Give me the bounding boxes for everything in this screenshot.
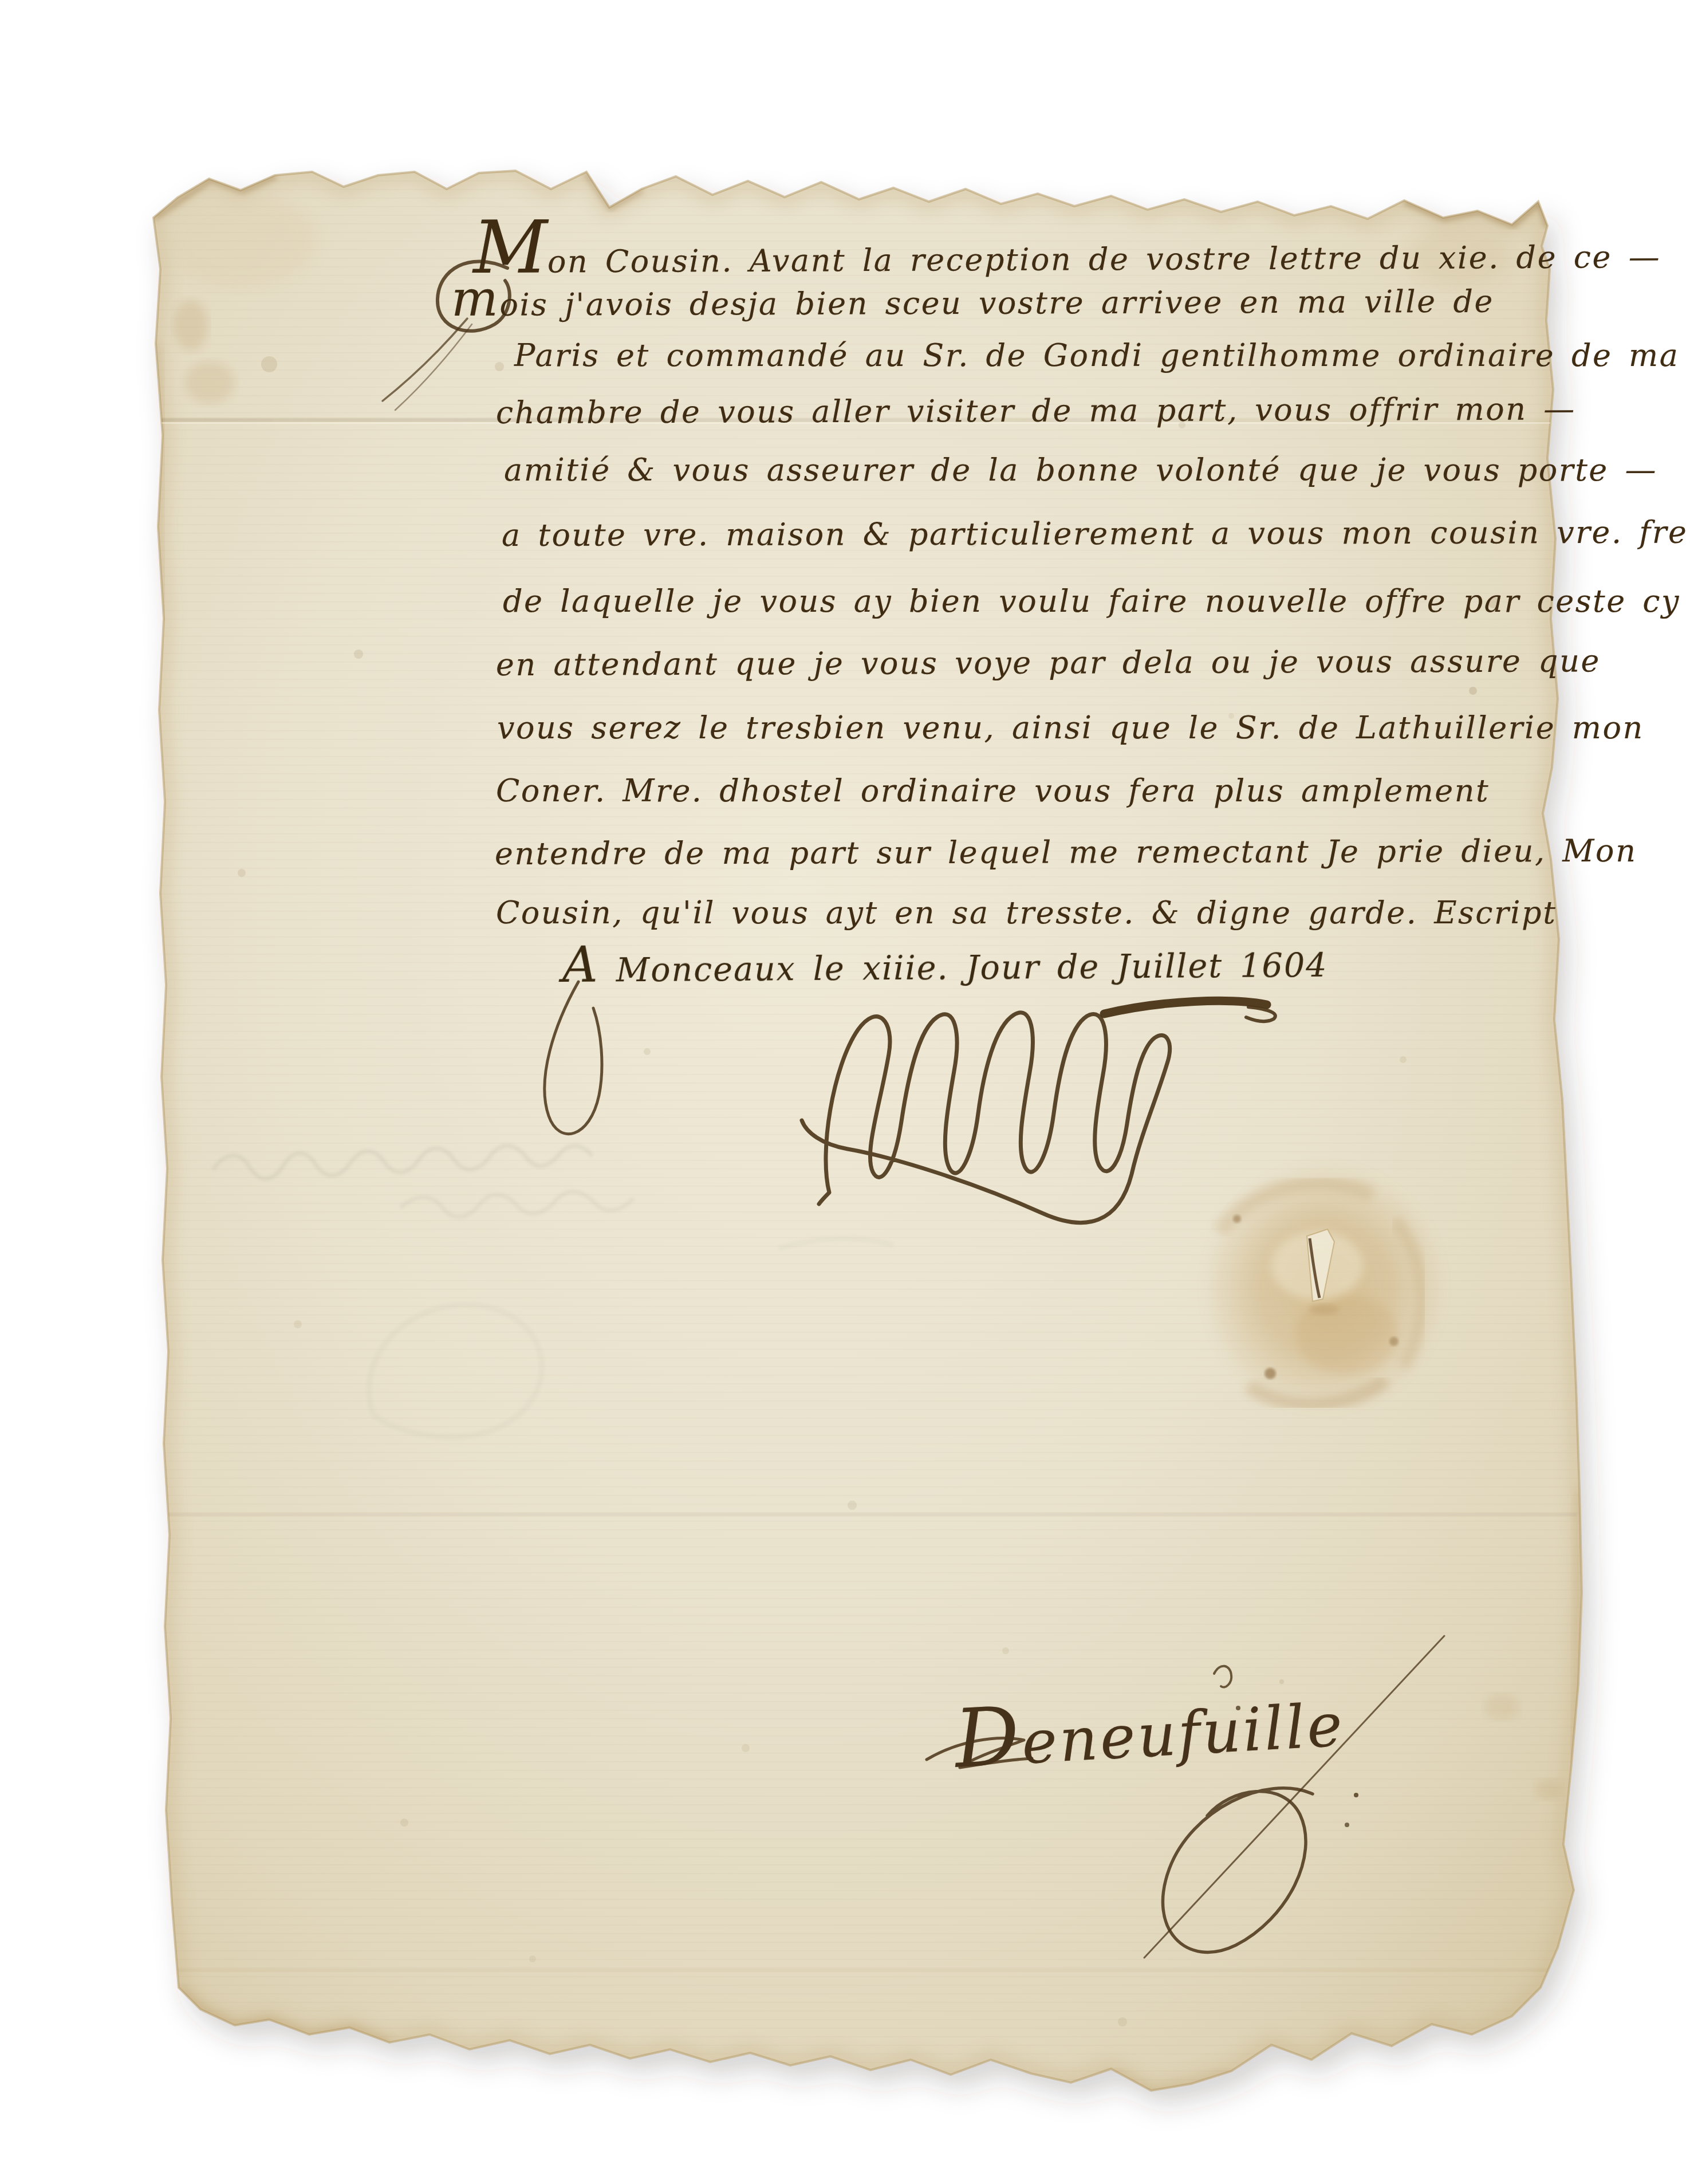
manuscript-line-1: Mon Cousin. Avant la reception de vostre… xyxy=(473,223,1661,280)
manuscript-line-4: chambre de vous aller visiter de ma part… xyxy=(496,391,1576,431)
seal-stain xyxy=(1201,1162,1447,1414)
manuscript-line-12: Cousin, qu'il vous ayt en sa tresste. & … xyxy=(496,895,1557,931)
manuscript-line-2: mois j'avois desja bien sceu vostre arri… xyxy=(451,281,1494,323)
paraph-dot xyxy=(1354,1793,1358,1797)
stain-blotch xyxy=(184,362,235,403)
manuscript-line-10: Coner. Mre. dhostel ordinaire vous fera … xyxy=(496,773,1490,809)
manuscript-line-6: a toute vre. maison & particulierement a… xyxy=(502,514,1690,553)
manuscript-line-8: en attendant que je vous voye par dela o… xyxy=(496,643,1601,683)
stain-blotch xyxy=(174,300,208,351)
paraph-dot xyxy=(1345,1823,1349,1827)
manuscript-line-7: de laquelle je vous ay bien voulu faire … xyxy=(503,583,1680,619)
manuscript-line-5: amitié & vous asseurer de la bonne volon… xyxy=(504,452,1657,488)
faint-fold-crease xyxy=(172,1969,1558,1971)
letter-photograph: Mon Cousin. Avant la reception de vostre… xyxy=(0,0,1690,2184)
stain-blotch xyxy=(166,195,315,286)
manuscript-line-3: Paris et commandé au Sr. de Gondi gentil… xyxy=(514,337,1690,373)
paper-artwork xyxy=(0,0,1690,2184)
lower-fold-crease xyxy=(163,1513,1577,1516)
stain-blotch xyxy=(1484,1694,1519,1719)
manuscript-line-11: entendre de ma part sur lequel me remect… xyxy=(495,833,1637,872)
stain-blotch xyxy=(1535,1779,1562,1800)
dateline: A Monceaux le xiiie. Jour de Juillet 160… xyxy=(562,946,1328,990)
manuscript-line-9: vous serez le tresbien venu, ainsi que l… xyxy=(497,710,1644,746)
